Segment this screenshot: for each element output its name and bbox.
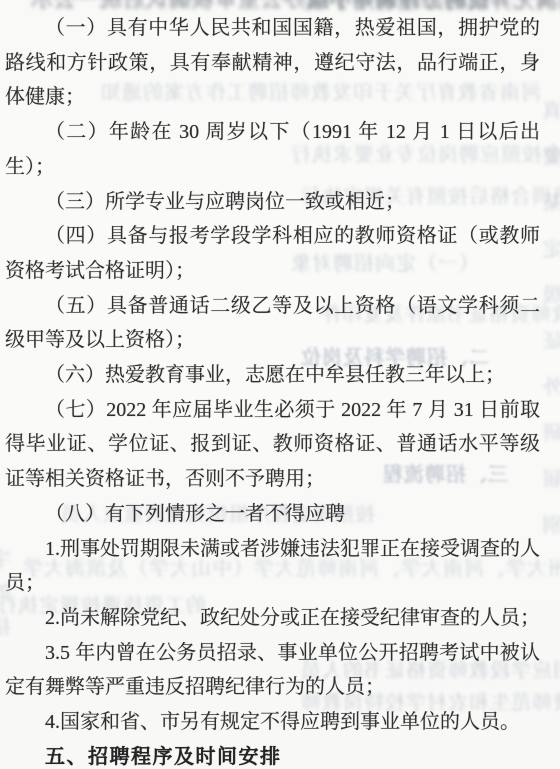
clause-2: （二）年龄在 30 周岁以下（1991 年 12 月 1 日以后出生）；	[5, 115, 540, 184]
subitem-3: 3.5 年内曾在公务员招录、事业单位公开招聘考试中被认定有舞弊等严重违反招聘纪律…	[5, 636, 540, 705]
subitem-4: 4.国家和省、市另有规定不得应聘到事业单位的人员。	[5, 705, 540, 740]
section-heading: 五、招聘程序及时间安排	[5, 740, 540, 769]
subitem-2: 2.尚未解除党纪、政纪处分或正在接受纪律审查的人员；	[5, 601, 540, 636]
clause-4: （四）具备与报考学段学科相应的教师资格证（或教师资格考试合格证明）；	[5, 219, 540, 288]
clause-5: （五）具备普通话二级乙等及以上资格（语文学科须二级甲等及以上资格）；	[5, 289, 540, 358]
clause-7: （七）2022 年应届毕业生必须于 2022 年 7 月 31 日前取得毕业证、…	[5, 393, 540, 497]
clause-8: （八）有下列情形之一者不得应聘	[5, 497, 540, 532]
document-body: （一）具有中华人民共和国国籍，热爱祖国，拥护党的路线和方针政策，具有奉献精神，遵…	[0, 0, 560, 769]
clause-3: （三）所学专业与应聘岗位一致或相近；	[5, 185, 540, 220]
scanned-document-page: 招聘工作领导小组办公室审核确认后统一公示 公示期满无异议的办理聘用手续 河南省教…	[0, 0, 560, 769]
clause-1: （一）具有中华人民共和国国籍，热爱祖国，拥护党的路线和方针政策，具有奉献精神，遵…	[5, 11, 540, 115]
clause-6: （六）热爱教育事业，志愿在中牟县任教三年以上；	[5, 358, 540, 393]
subitem-1: 1.刑事处罚期限未满或者涉嫌违法犯罪正在接受调查的人员；	[5, 532, 540, 601]
